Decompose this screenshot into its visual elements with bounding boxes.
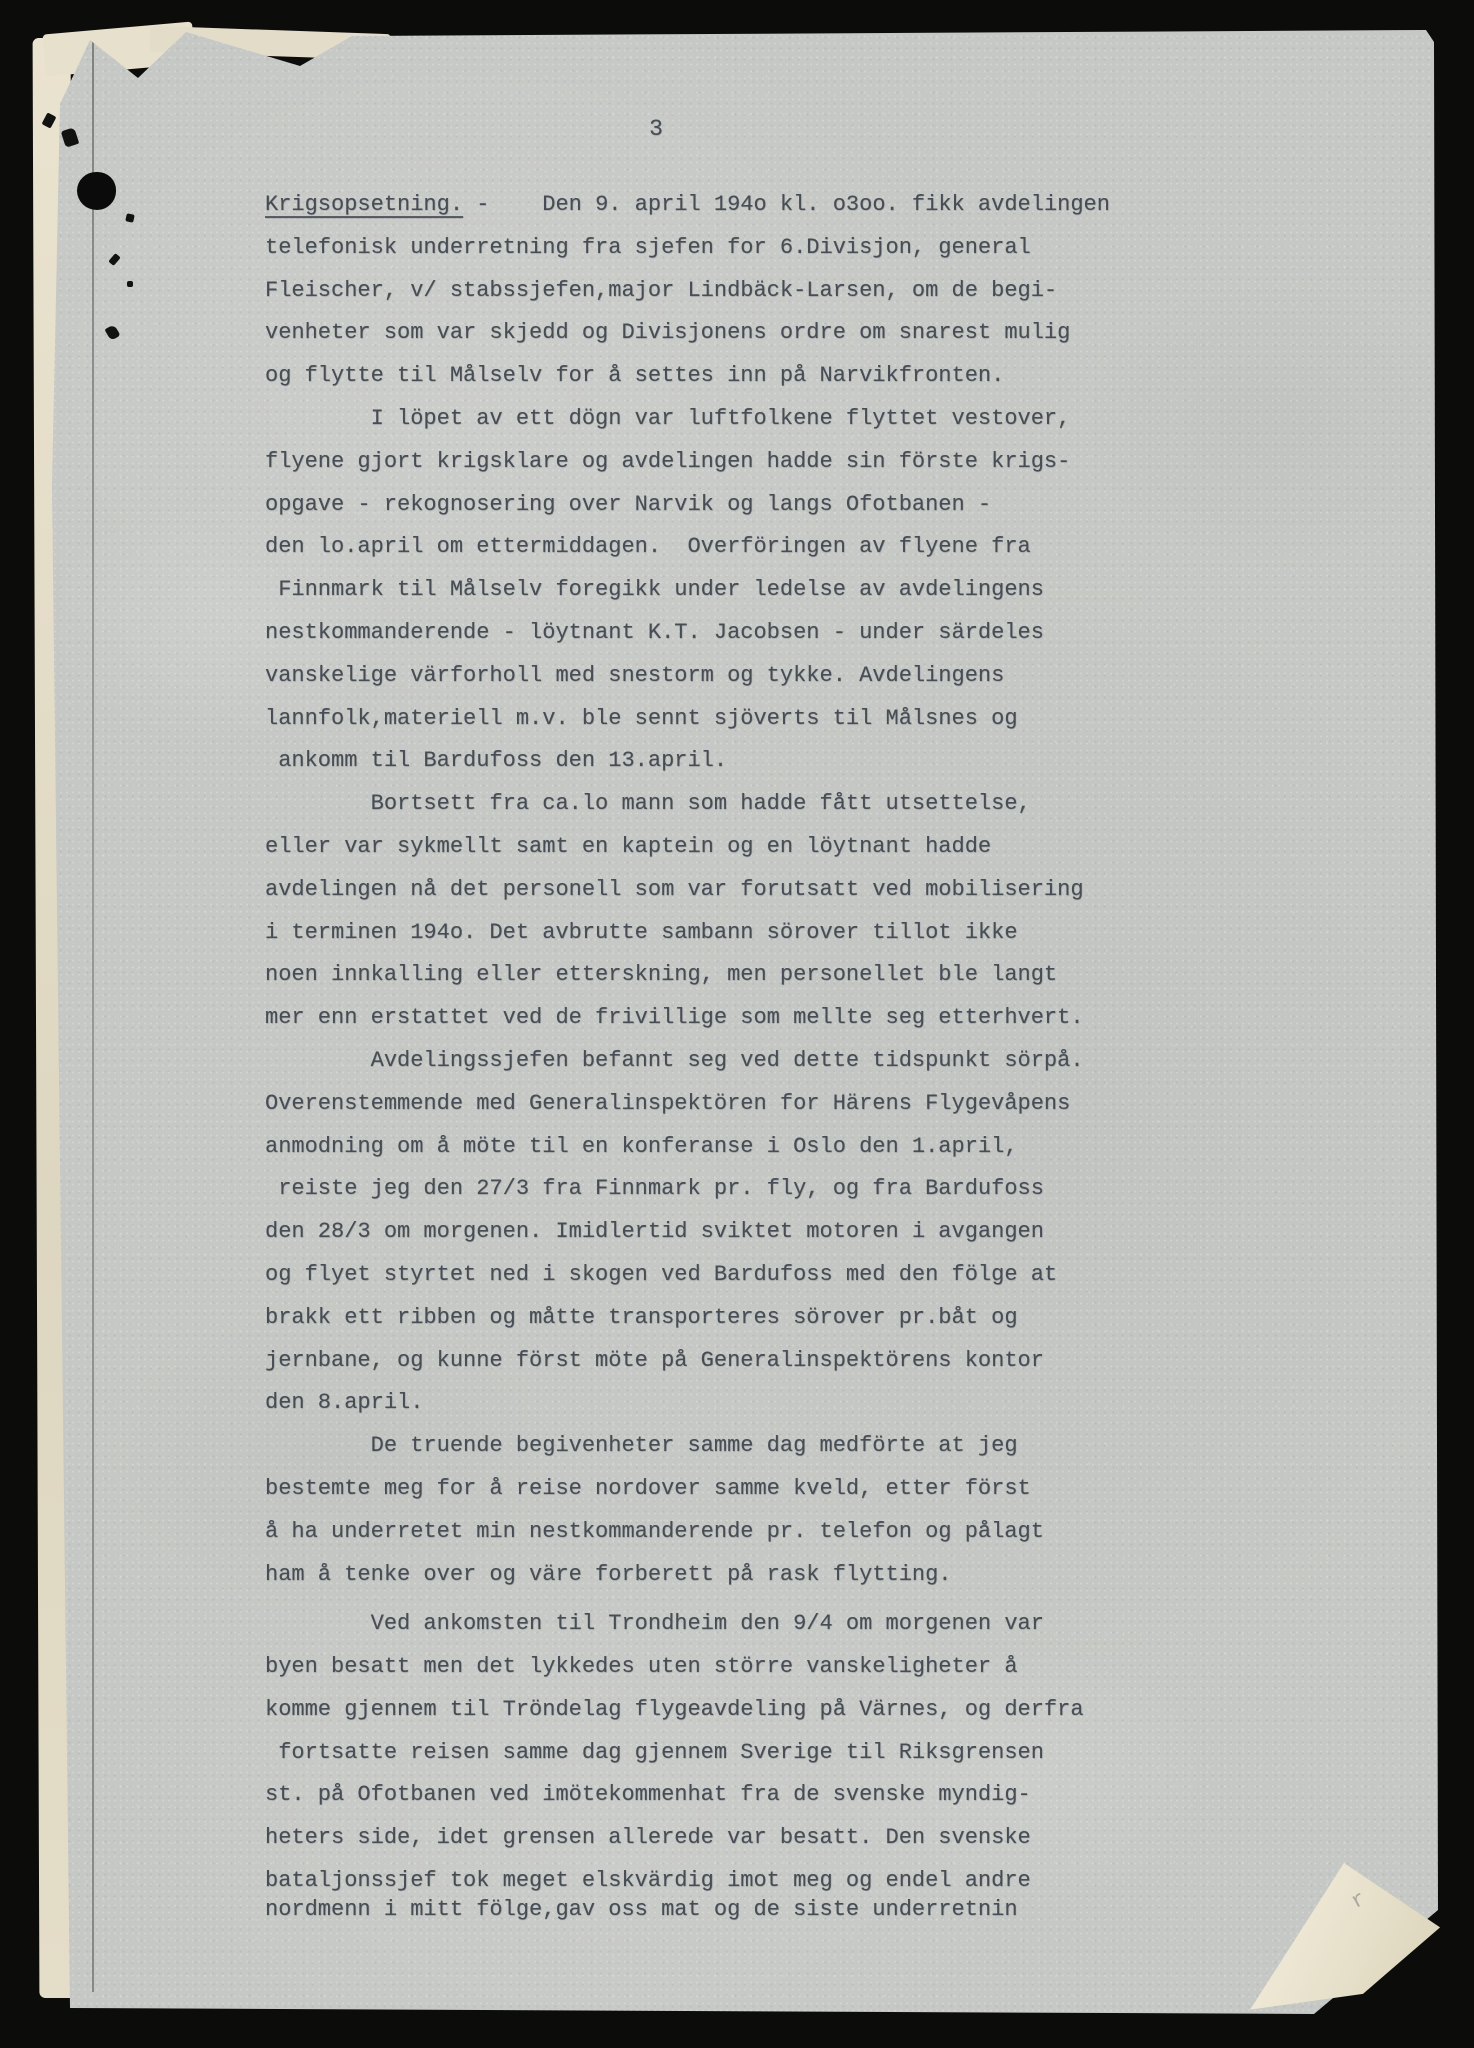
text-line: anmodning om å möte til en konferanse i … — [265, 1126, 1145, 1169]
text-line: Fleischer, v/ stabssjefen,major Lindbäck… — [265, 270, 1145, 313]
text-line: opgave - rekognosering over Narvik og la… — [265, 484, 1145, 527]
heading-line-rest: - Den 9. april 194o kl. o3oo. fikk avdel… — [463, 192, 1110, 217]
typewritten-text: Krigsopsetning. - Den 9. april 194o kl. … — [265, 184, 1145, 1932]
text-line: heters side, idet grensen allerede var b… — [265, 1817, 1145, 1860]
page-number: 3 — [636, 116, 676, 142]
text-line: eller var sykmellt samt en kaptein og en… — [265, 826, 1145, 869]
text-line: og flyet styrtet ned i skogen ved Barduf… — [265, 1254, 1145, 1297]
scanned-page-background: 3 Krigsopsetning. - Den 9. april 194o kl… — [0, 0, 1474, 2048]
text-line: venheter som var skjedd og Divisjonens o… — [265, 312, 1145, 355]
text-line: flyene gjort krigsklare og avdelingen ha… — [265, 441, 1145, 484]
text-line: mer enn erstattet ved de frivillige som … — [265, 997, 1145, 1040]
text-line: komme gjennem til Tröndelag flygeavdelin… — [265, 1689, 1145, 1732]
text-line: Avdelingssjefen befannt seg ved dette ti… — [265, 1040, 1145, 1083]
paper-damage-speck — [127, 281, 133, 287]
body-lines: telefonisk underretning fra sjefen for 6… — [265, 227, 1145, 1932]
text-line: å ha underretet min nestkommanderende pr… — [265, 1511, 1145, 1554]
text-line: brakk ett ribben og måtte transporteres … — [265, 1297, 1145, 1340]
text-line: st. på Ofotbanen ved imötekommenhat fra … — [265, 1774, 1145, 1817]
text-line: Ved ankomsten til Trondheim den 9/4 om m… — [265, 1603, 1145, 1646]
text-line: avdelingen nå det personell som var foru… — [265, 869, 1145, 912]
text-line: De truende begivenheter samme dag medför… — [265, 1425, 1145, 1468]
text-line: I löpet av ett dögn var luftfolkene flyt… — [265, 398, 1145, 441]
text-line: noen innkalling eller etterskning, men p… — [265, 954, 1145, 997]
text-line: vanskelige värforholl med snestorm og ty… — [265, 655, 1145, 698]
text-line: den 8.april. — [265, 1382, 1145, 1425]
text-line: byen besatt men det lykkedes uten större… — [265, 1646, 1145, 1689]
text-line: og flytte til Målselv for å settes inn p… — [265, 355, 1145, 398]
text-line: den lo.april om ettermiddagen. Overförin… — [265, 526, 1145, 569]
punch-hole — [77, 172, 116, 210]
text-line: Bortsett fra ca.lo mann som hadde fått u… — [265, 783, 1145, 826]
text-line: telefonisk underretning fra sjefen for 6… — [265, 227, 1145, 270]
text-line: ham å tenke over og väre forberett på ra… — [265, 1554, 1145, 1597]
text-line: Overenstemmende med Generalinspektören f… — [265, 1083, 1145, 1126]
text-line: lannfolk,materiell m.v. ble sennt sjöver… — [265, 698, 1145, 741]
text-line: reiste jeg den 27/3 fra Finnmark pr. fly… — [265, 1168, 1145, 1211]
text-line: den 28/3 om morgenen. Imidlertid sviktet… — [265, 1211, 1145, 1254]
text-line: ankomm til Bardufoss den 13.april. — [265, 740, 1145, 783]
paper-damage-speck — [125, 213, 134, 222]
text-line: Finnmark til Målselv foregikk under lede… — [265, 569, 1145, 612]
text-line: jernbane, og kunne först möte på General… — [265, 1340, 1145, 1383]
text-line: nestkommanderende - löytnant K.T. Jacobs… — [265, 612, 1145, 655]
text-line-heading: Krigsopsetning. - Den 9. april 194o kl. … — [265, 184, 1145, 227]
text-line: fortsatte reisen samme dag gjennem Sveri… — [265, 1732, 1145, 1775]
text-line: bestemte meg for å reise nordover samme … — [265, 1468, 1145, 1511]
text-line: i terminen 194o. Det avbrutte sambann sö… — [265, 912, 1145, 955]
vertical-fold-crease — [92, 34, 94, 1992]
text-line: nordmenn i mitt fölge,gav oss mat og de … — [265, 1889, 1145, 1932]
section-heading: Krigsopsetning. — [265, 192, 463, 217]
